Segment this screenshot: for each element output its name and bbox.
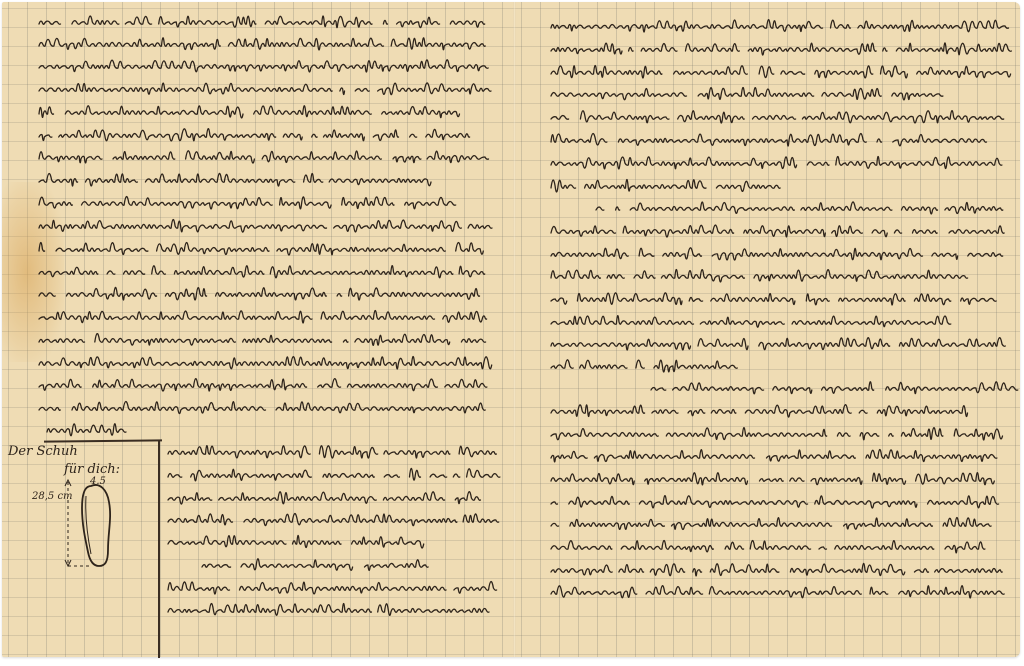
left-handwriting-line-3: [Kurrent handwriting, line 3]	[39, 54, 489, 76]
left-handwriting-line-13: [Kurrent handwriting, line 13]	[39, 282, 484, 304]
left-handwriting-line-7: [Kurrent handwriting, line 7]	[39, 145, 489, 167]
handwriting-stroke-icon	[168, 508, 498, 530]
handwriting-stroke-icon	[39, 10, 489, 32]
handwriting-stroke-icon	[39, 305, 489, 327]
left-handwriting-line-14: [Kurrent handwriting, line 14]	[39, 305, 489, 327]
right-handwriting-line-14: [Kurrent handwriting, line 14]	[551, 310, 956, 332]
right-handwriting-line-1: [Kurrent handwriting, line 1]	[551, 14, 1006, 36]
handwriting-stroke-icon	[551, 332, 1006, 354]
left-handwriting-line-18: [Kurrent handwriting, line 18]	[39, 396, 489, 418]
sidenote-heading-line1: Der Schuh	[8, 444, 78, 459]
handwriting-stroke-icon	[39, 396, 489, 418]
left-column-handwriting-line-8: [Kurrent handwriting, column line 8]	[168, 598, 490, 620]
left-column-handwriting-line-2: [Kurrent handwriting, column line 2]	[168, 463, 498, 485]
handwriting-stroke-icon	[47, 418, 125, 440]
right-handwriting-line-8: [Kurrent handwriting, line 8]	[551, 174, 781, 196]
left-column-handwriting-line-5: [Kurrent handwriting, column line 5]	[168, 530, 428, 552]
left-handwriting-line-9: [Kurrent handwriting, line 9]	[39, 191, 454, 213]
left-handwriting-line-12: [Kurrent handwriting, line 12]	[39, 260, 489, 282]
handwriting-stroke-icon	[551, 558, 1006, 580]
handwriting-stroke-icon	[39, 168, 434, 190]
left-handwriting-line-11: [Kurrent handwriting, line 11]	[39, 237, 489, 259]
handwriting-stroke-icon	[39, 282, 484, 304]
right-handwriting-line-13: [Kurrent handwriting, line 13]	[551, 287, 1001, 309]
right-handwriting-line-15: [Kurrent handwriting, line 15]	[551, 332, 1006, 354]
handwriting-stroke-icon	[39, 260, 489, 282]
right-handwriting-line-24: [Kurrent handwriting, line 24]	[551, 535, 986, 557]
handwriting-stroke-icon	[39, 77, 491, 99]
handwriting-stroke-icon	[551, 151, 1006, 173]
right-handwriting-line-11: [Kurrent handwriting, line 11]	[551, 242, 1006, 264]
shoe-size-label: 4.5	[90, 476, 106, 487]
handwriting-stroke-icon	[551, 219, 1006, 241]
handwriting-stroke-icon	[551, 37, 1011, 59]
left-handwriting-line-5: [Kurrent handwriting, line 5]	[39, 100, 459, 122]
left-handwriting-line-6: [Kurrent handwriting, line 6]	[39, 123, 474, 145]
shoe-length-label: 28,5 cm	[32, 491, 73, 502]
right-handwriting-line-22: [Kurrent handwriting, line 22]	[551, 490, 1001, 512]
handwriting-stroke-icon	[551, 490, 1001, 512]
handwriting-stroke-icon	[39, 373, 489, 395]
left-handwriting-line-10: [Kurrent handwriting, line 10]	[39, 214, 494, 236]
handwriting-stroke-icon	[168, 530, 428, 552]
handwriting-stroke-icon	[551, 310, 956, 332]
right-handwriting-line-18: [Kurrent handwriting, line 18]	[551, 399, 971, 421]
handwriting-stroke-icon	[551, 82, 941, 104]
right-handwriting-line-2: [Kurrent handwriting, line 2]	[551, 37, 1011, 59]
left-handwriting-line-16: [Kurrent handwriting, line 16]	[39, 351, 494, 373]
handwriting-stroke-icon	[39, 237, 489, 259]
sidenote-divider-vertical	[158, 440, 160, 658]
right-handwriting-line-17: [Kurrent handwriting, line 17]	[651, 376, 1016, 398]
left-handwriting-line-4: [Kurrent handwriting, line 4]	[39, 77, 491, 99]
left-column-handwriting-line-6: [Kurrent handwriting, column line 6]	[202, 553, 428, 575]
handwriting-stroke-icon	[168, 440, 498, 462]
handwriting-stroke-icon	[651, 376, 1016, 398]
letter-sheet: Der Schuh für dich: 28,5 cm 4.5 [Kurrent…	[2, 2, 1020, 657]
handwriting-stroke-icon	[596, 196, 1006, 218]
right-handwriting-line-20: [Kurrent handwriting, line 20]	[551, 444, 1001, 466]
handwriting-stroke-icon	[39, 123, 474, 145]
left-handwriting-line-8: [Kurrent handwriting, line 8]	[39, 168, 434, 190]
handwriting-stroke-icon	[39, 145, 489, 167]
left-handwriting-line-1: [Kurrent handwriting, line 1]	[39, 10, 489, 32]
handwriting-stroke-icon	[39, 351, 494, 373]
left-column-handwriting-line-1: [Kurrent handwriting, column line 1]	[168, 440, 498, 462]
right-handwriting-line-3: [Kurrent handwriting, line 3]	[551, 60, 1011, 82]
right-handwriting-line-5: [Kurrent handwriting, line 5]	[551, 105, 1001, 127]
left-handwriting-line-2: [Kurrent handwriting, line 2]	[39, 32, 487, 54]
left-column-handwriting-line-7: [Kurrent handwriting, column line 7]	[168, 576, 498, 598]
handwriting-stroke-icon	[168, 576, 498, 598]
handwriting-stroke-icon	[551, 174, 781, 196]
right-handwriting-line-19: [Kurrent handwriting, line 19]	[551, 422, 1006, 444]
handwriting-stroke-icon	[39, 191, 454, 213]
right-handwriting-line-9: [Kurrent handwriting, line 9]	[596, 196, 1006, 218]
handwriting-stroke-icon	[551, 264, 971, 286]
handwriting-stroke-icon	[39, 214, 494, 236]
left-handwriting-line-19: [Kurrent handwriting, line 19]	[47, 418, 125, 440]
left-column-handwriting-line-3: [Kurrent handwriting, column line 3]	[168, 486, 484, 508]
right-handwriting-line-12: [Kurrent handwriting, line 12]	[551, 264, 971, 286]
left-handwriting-line-15: [Kurrent handwriting, line 15]	[39, 328, 491, 350]
handwriting-stroke-icon	[551, 105, 1001, 127]
right-handwriting-line-4: [Kurrent handwriting, line 4]	[551, 82, 941, 104]
handwriting-stroke-icon	[551, 580, 1006, 602]
handwriting-stroke-icon	[551, 354, 741, 376]
left-column-handwriting-line-4: [Kurrent handwriting, column line 4]	[168, 508, 498, 530]
right-handwriting-line-6: [Kurrent handwriting, line 6]	[551, 128, 986, 150]
handwriting-stroke-icon	[39, 100, 459, 122]
handwriting-stroke-icon	[39, 32, 487, 54]
handwriting-stroke-icon	[551, 535, 986, 557]
right-handwriting-line-21: [Kurrent handwriting, line 21]	[551, 467, 999, 489]
right-handwriting-line-10: [Kurrent handwriting, line 10]	[551, 219, 1006, 241]
handwriting-stroke-icon	[551, 128, 986, 150]
handwriting-stroke-icon	[551, 14, 1006, 36]
handwriting-stroke-icon	[202, 553, 428, 575]
right-handwriting-line-25: [Kurrent handwriting, line 25]	[551, 558, 1006, 580]
handwriting-stroke-icon	[551, 467, 999, 489]
right-page: [Kurrent handwriting, line 1][Kurrent ha…	[516, 2, 1020, 657]
handwriting-stroke-icon	[551, 512, 991, 534]
right-handwriting-line-23: [Kurrent handwriting, line 23]	[551, 512, 991, 534]
handwriting-stroke-icon	[551, 422, 1006, 444]
left-page: Der Schuh für dich: 28,5 cm 4.5 [Kurrent…	[2, 2, 513, 657]
right-handwriting-line-7: [Kurrent handwriting, line 7]	[551, 151, 1006, 173]
handwriting-stroke-icon	[551, 242, 1006, 264]
handwriting-stroke-icon	[551, 399, 971, 421]
handwriting-stroke-icon	[551, 60, 1011, 82]
handwriting-stroke-icon	[168, 463, 498, 485]
handwriting-stroke-icon	[551, 287, 1001, 309]
handwriting-stroke-icon	[39, 328, 491, 350]
handwriting-stroke-icon	[551, 444, 1001, 466]
right-handwriting-line-16: [Kurrent handwriting, line 16]	[551, 354, 741, 376]
right-handwriting-line-26: [Kurrent handwriting, line 26]	[551, 580, 1006, 602]
handwriting-stroke-icon	[168, 598, 490, 620]
handwriting-stroke-icon	[168, 486, 484, 508]
handwriting-stroke-icon	[39, 54, 489, 76]
left-handwriting-line-17: [Kurrent handwriting, line 17]	[39, 373, 489, 395]
